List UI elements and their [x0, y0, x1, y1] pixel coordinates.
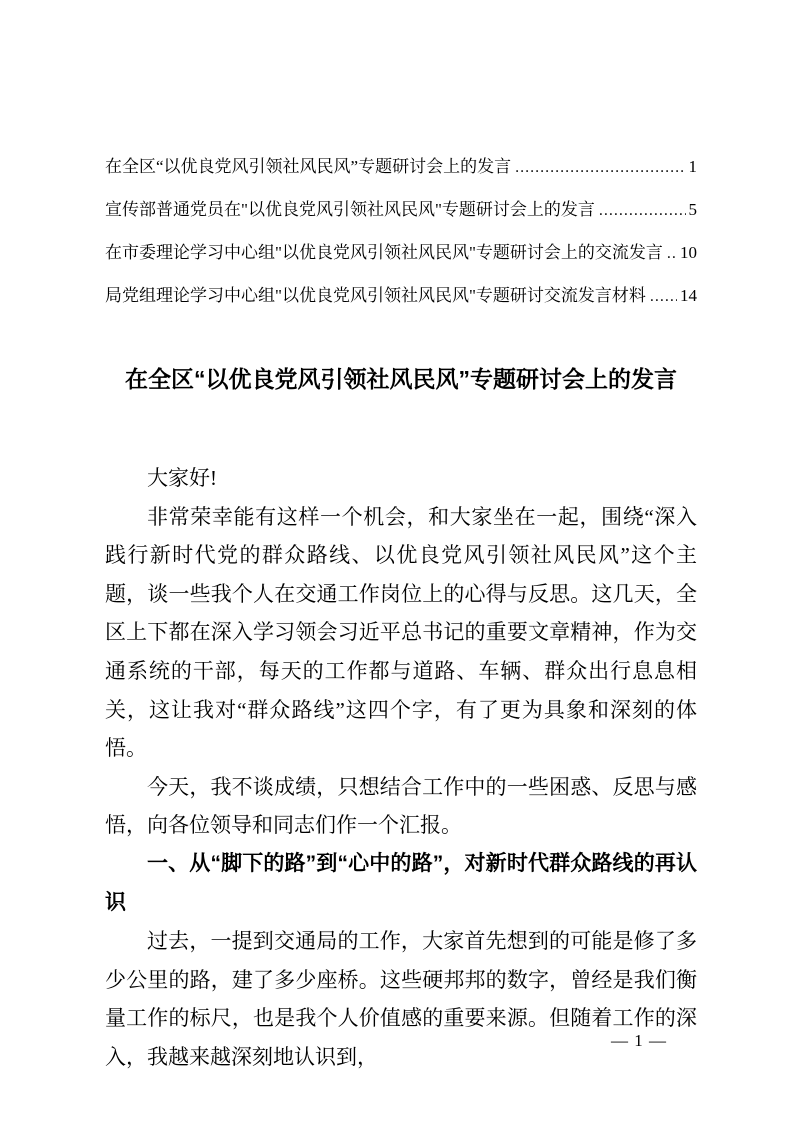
toc-dot-leader: [667, 243, 677, 263]
toc-dot-leader: [515, 157, 685, 177]
toc-entry-page: 14: [680, 286, 697, 306]
table-of-contents: 在全区“以优良党风引领社风民风”专题研讨会上的发言 1 宣传部普通党员在"以优良…: [105, 152, 697, 324]
document-page: 在全区“以优良党风引领社风民风”专题研讨会上的发言 1 宣传部普通党员在"以优良…: [0, 0, 793, 1122]
paragraph: 过去，一提到交通局的工作，大家首先想到的可能是修了多少公里的路，建了多少座桥。这…: [105, 922, 697, 1076]
toc-dot-leader: [650, 286, 677, 306]
section-heading-1: 一、从“脚下的路”到“心中的路”，对新时代群众路线的再认识: [105, 845, 697, 922]
page-number: — 1 —: [611, 1028, 667, 1054]
toc-entry: 局党组理论学习中心组"以优良党风引领社风民风"专题研讨交流发言材料 14: [105, 281, 697, 324]
toc-entry-title: 局党组理论学习中心组"以优良党风引领社风民风"专题研讨交流发言材料: [105, 281, 646, 306]
toc-entry-page: 5: [689, 200, 698, 220]
toc-entry-title: 在市委理论学习中心组"以优良党风引领社风民风"专题研讨会上的交流发言: [105, 238, 663, 263]
document-body: 大家好! 非常荣幸能有这样一个机会，和大家坐在一起，围绕“深入践行新时代党的群众…: [105, 459, 697, 1077]
toc-entry: 在全区“以优良党风引领社风民风”专题研讨会上的发言 1: [105, 152, 697, 195]
paragraph-greeting: 大家好!: [105, 459, 697, 498]
paragraph: 非常荣幸能有这样一个机会，和大家坐在一起，围绕“深入践行新时代党的群众路线、以优…: [105, 498, 697, 768]
toc-dot-leader: [599, 200, 686, 220]
toc-entry-page: 10: [680, 243, 697, 263]
document-title: 在全区“以优良党风引领社风民风”专题研讨会上的发言: [105, 362, 697, 396]
page-content: 在全区“以优良党风引领社风民风”专题研讨会上的发言 1 宣传部普通党员在"以优良…: [105, 152, 697, 1077]
toc-entry: 在市委理论学习中心组"以优良党风引领社风民风"专题研讨会上的交流发言 10: [105, 238, 697, 281]
toc-entry-title: 宣传部普通党员在"以优良党风引领社风民风"专题研讨会上的发言: [105, 195, 595, 220]
toc-entry: 宣传部普通党员在"以优良党风引领社风民风"专题研讨会上的发言 5: [105, 195, 697, 238]
toc-entry-page: 1: [689, 157, 698, 177]
paragraph: 今天，我不谈成绩，只想结合工作中的一些困惑、反思与感悟，向各位领导和同志们作一个…: [105, 768, 697, 845]
toc-entry-title: 在全区“以优良党风引领社风民风”专题研讨会上的发言: [105, 152, 511, 177]
